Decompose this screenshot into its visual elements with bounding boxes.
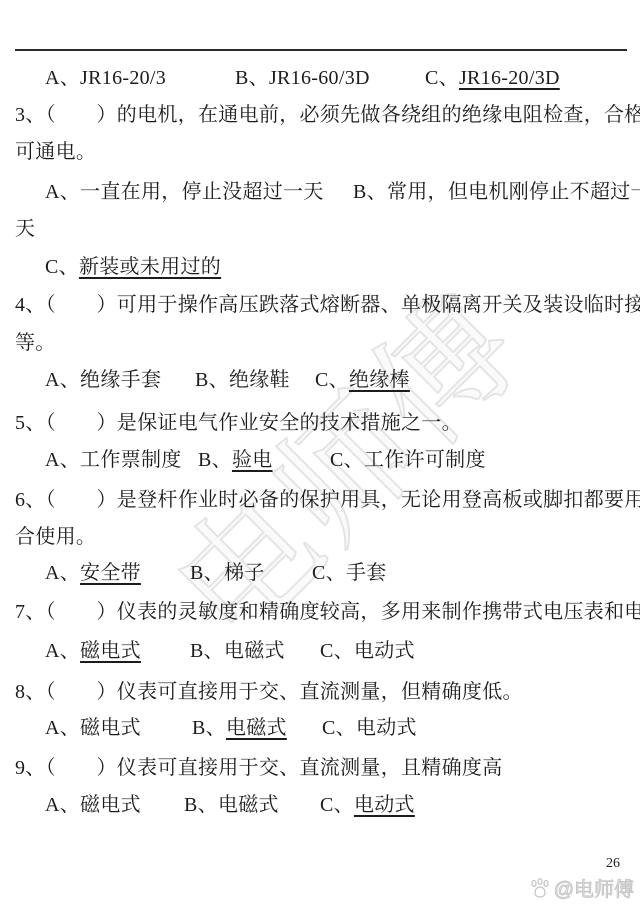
q9-option-c-label: C、 (320, 794, 354, 816)
q6-option-b-text: 梯子 (224, 562, 265, 584)
q6-stem-line2: 合使用。 (15, 525, 96, 549)
page-number: 26 (606, 856, 620, 872)
q8-option-b-label: B、 (192, 717, 226, 739)
q6-option-b: B、梯子 (190, 561, 265, 585)
q4-option-a-label: A、 (45, 369, 80, 391)
option-b-label: B、 (235, 67, 269, 89)
q5-option-b: B、验电 (198, 448, 273, 472)
q6-option-c-text: 手套 (346, 562, 387, 584)
q7-option-c-label: C、 (320, 640, 354, 662)
option-a: A、JR16-20/3 (45, 66, 166, 90)
q7-option-c: C、电动式 (320, 639, 415, 663)
q4-option-b: B、绝缘鞋 (195, 368, 290, 392)
q9-option-a-label: A、 (45, 794, 80, 816)
q9-option-a-text: 磁电式 (80, 794, 141, 816)
option-a-text: JR16-20/3 (80, 67, 166, 89)
q3-option-b-label: B、 (353, 181, 387, 203)
q4-option-a: A、绝缘手套 (45, 368, 161, 392)
q8-option-b: B、电磁式 (192, 716, 287, 740)
q4-stem-line2: 等。 (15, 331, 56, 355)
q7-option-b-text: 电磁式 (224, 640, 285, 662)
q5-option-c: C、工作许可制度 (330, 448, 486, 472)
q7-option-c-text: 电动式 (354, 640, 415, 662)
q9-option-c: C、电动式 (320, 793, 415, 817)
q5-option-c-label: C、 (330, 449, 364, 471)
q4-option-c-label: C、 (315, 369, 349, 391)
q5-option-a: A、工作票制度 (45, 448, 182, 472)
q4-stem-line1: 4、（ ）可用于操作高压跌落式熔断器、单极隔离开关及装设临时接地线 (15, 293, 640, 317)
q7-option-a-text-underlined: 磁电式 (80, 640, 141, 662)
q3-option-b-wrap: 天 (15, 217, 35, 241)
q3-option-c-label: C、 (45, 256, 79, 278)
option-b: B、JR16-60/3D (235, 66, 370, 90)
q6-option-a-text-underlined: 安全带 (80, 562, 141, 584)
q8-option-c-label: C、 (322, 717, 356, 739)
q6-option-c-label: C、 (312, 562, 346, 584)
q3-option-c-text-underlined: 新装或未用过的 (79, 256, 221, 278)
q9-stem-line1: 9、（ ）仪表可直接用于交、直流测量，且精确度高 (15, 756, 503, 780)
option-c-label: C、 (425, 67, 459, 89)
q6-options-row: A、安全带 B、梯子 C、手套 (0, 561, 640, 587)
q8-stem-line1: 8、（ ）仪表可直接用于交、直流测量，但精确度低。 (15, 680, 523, 704)
q3-option-a-label: A、 (45, 181, 80, 203)
q4-option-a-text: 绝缘手套 (80, 369, 161, 391)
q8-option-b-text-underlined: 电磁式 (226, 717, 287, 739)
paw-icon (529, 878, 551, 898)
q9-option-c-text-underlined: 电动式 (354, 794, 415, 816)
watermark-badge: @电师傅 (529, 873, 634, 902)
q5-option-a-text: 工作票制度 (80, 449, 182, 471)
q3-stem-line1: 3、（ ）的电机，在通电前，必须先做各绕组的绝缘电阻检查，合格后才 (15, 103, 640, 127)
option-a-label: A、 (45, 67, 80, 89)
q3-options-row2: C、新装或未用过的 (0, 255, 640, 281)
option-b-text: JR16-60/3D (269, 67, 370, 89)
q8-option-a-label: A、 (45, 717, 80, 739)
q6-option-a: A、安全带 (45, 561, 141, 585)
q3-option-b: B、常用，但电机刚停止不超过一 (353, 180, 640, 204)
q3-option-a-text: 一直在用，停止没超过一天 (80, 181, 324, 203)
q8-option-a-text: 磁电式 (80, 717, 141, 739)
carryover-options-row: A、JR16-20/3 B、JR16-60/3D C、JR16-20/3D (0, 66, 640, 92)
q3-stem-line2: 可通电。 (15, 140, 96, 164)
q3-option-c: C、新装或未用过的 (45, 255, 221, 279)
q3-option-b-text: 常用，但电机刚停止不超过一 (387, 181, 640, 203)
q4-option-b-text: 绝缘鞋 (229, 369, 290, 391)
q6-option-a-label: A、 (45, 562, 80, 584)
option-c-text-underlined: JR16-20/3D (459, 67, 560, 89)
q5-option-b-text-underlined: 验电 (232, 449, 273, 471)
q5-options-row: A、工作票制度 B、验电 C、工作许可制度 (0, 448, 640, 474)
q4-option-c: C、绝缘棒 (315, 368, 410, 392)
q6-stem-line1: 6、（ ）是登杆作业时必备的保护用具，无论用登高板或脚扣都要用其配 (15, 488, 640, 512)
q7-options-row: A、磁电式 B、电磁式 C、电动式 (0, 639, 640, 665)
q8-options-row: A、磁电式 B、电磁式 C、电动式 (0, 716, 640, 742)
q9-option-b-text: 电磁式 (218, 794, 279, 816)
q6-option-b-label: B、 (190, 562, 224, 584)
q4-options-row: A、绝缘手套 B、绝缘鞋 C、绝缘棒 (0, 368, 640, 394)
q6-option-c: C、手套 (312, 561, 387, 585)
q8-option-a: A、磁电式 (45, 716, 141, 740)
option-c: C、JR16-20/3D (425, 66, 560, 90)
q7-option-b-label: B、 (190, 640, 224, 662)
exam-page: { "colors": { "text": "#1c1c1c", "rule":… (0, 0, 640, 909)
q3-options-row1: A、一直在用，停止没超过一天 B、常用，但电机刚停止不超过一 (0, 180, 640, 206)
q9-options-row: A、磁电式 B、电磁式 C、电动式 (0, 793, 640, 819)
q3-option-a: A、一直在用，停止没超过一天 (45, 180, 324, 204)
q9-option-a: A、磁电式 (45, 793, 141, 817)
q7-option-a-label: A、 (45, 640, 80, 662)
q7-stem-line1: 7、（ ）仪表的灵敏度和精确度较高，多用来制作携带式电压表和电流表。 (15, 600, 640, 624)
divider-rule (15, 49, 627, 51)
q5-stem-line1: 5、（ ）是保证电气作业安全的技术措施之一。 (15, 411, 462, 435)
q4-option-b-label: B、 (195, 369, 229, 391)
q7-option-a: A、磁电式 (45, 639, 141, 663)
q8-option-c-text: 电动式 (356, 717, 417, 739)
q5-option-c-text: 工作许可制度 (364, 449, 486, 471)
q9-option-b-label: B、 (184, 794, 218, 816)
q9-option-b: B、电磁式 (184, 793, 279, 817)
q4-option-c-text-underlined: 绝缘棒 (349, 369, 410, 391)
q5-option-a-label: A、 (45, 449, 80, 471)
q7-option-b: B、电磁式 (190, 639, 285, 663)
q8-option-c: C、电动式 (322, 716, 417, 740)
watermark-badge-text: @电师傅 (554, 873, 634, 902)
q5-option-b-label: B、 (198, 449, 232, 471)
